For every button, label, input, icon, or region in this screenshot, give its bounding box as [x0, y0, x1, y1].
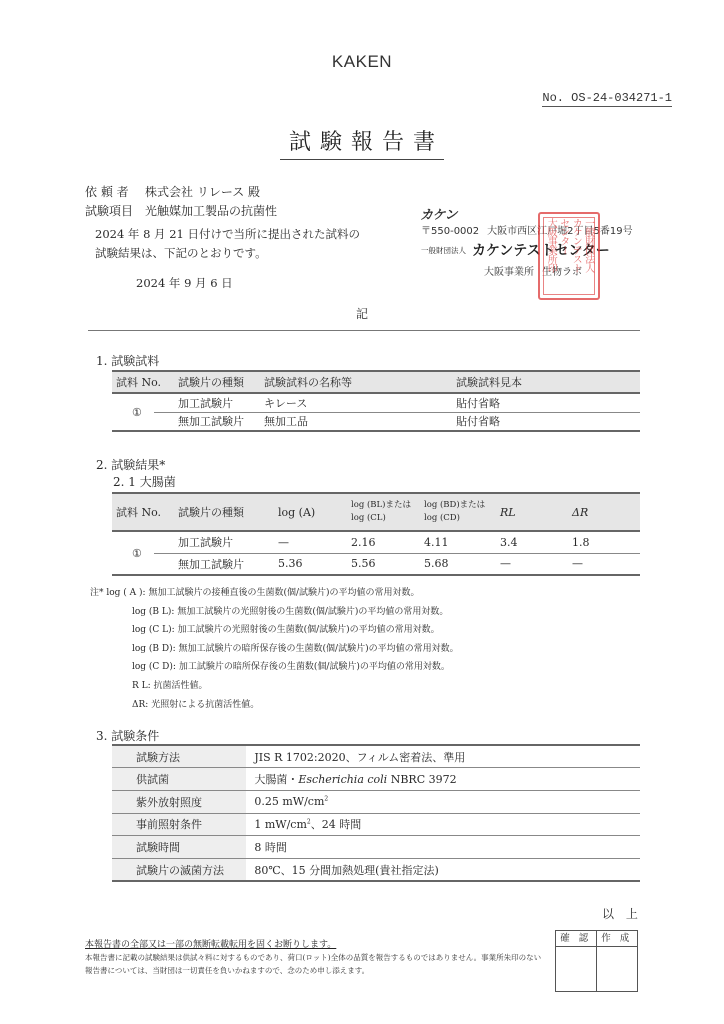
col-header: 試験片の種類 [174, 493, 274, 531]
confirm-stamp-area [556, 947, 597, 991]
cell-delta-r: — [568, 553, 640, 575]
section-1-heading: 1. 試験試料 [96, 352, 159, 369]
sample-table: 試料 No. 試験片の種類 試験試料の名称等 試験試料見本 ① 加工試験片 キレ… [112, 370, 640, 432]
table-row: 試験時間 8 時間 [112, 836, 640, 859]
document-title-wrap: 試験報告書 [0, 125, 724, 160]
ki-label: 記 [0, 305, 724, 322]
create-header: 作 成 [597, 931, 638, 947]
table-row: 紫外放射照度 0.25 mW/cm2 [112, 790, 640, 813]
document-number: No. OS-24-034271-1 [542, 91, 672, 107]
note: 注* log ( A ): 無加工試験片の接種直後の生菌数(個/試験片)の平均値… [90, 584, 459, 603]
seal-text: 大阪事業所印 [545, 218, 555, 294]
cell-log-l: 2.16 [347, 531, 420, 553]
intro-text: 2024 年 8 月 21 日付けで当所に提出された試料の 試験結果は、下記のと… [95, 225, 360, 263]
note: log (C L): 加工試験片の光照射後の生菌数(個/試験片)の平均値の常用対… [90, 621, 459, 640]
col-header-log-a: log (A) [274, 493, 347, 531]
confirm-header: 確 認 [556, 931, 597, 947]
condition-value: 0.25 mW/cm2 [246, 790, 640, 813]
note: ΔR: 光照射による抗菌活性値。 [90, 696, 459, 715]
note: log (B L): 無加工試験片の光照射後の生菌数(個/試験片)の平均値の常用… [90, 603, 459, 622]
office-name: 大阪事業所 [484, 267, 534, 278]
client-info: 依 頼 者株式会社 リレース 殿 試験項目光触媒加工製品の抗菌性 [85, 183, 277, 221]
cell-name: キレース [260, 393, 452, 412]
condition-label: 試験方法 [112, 745, 246, 768]
section-2-1-heading: 2. 1 大腸菌 [113, 473, 176, 490]
cell-name: 無加工品 [260, 412, 452, 431]
note: R L: 抗菌活性値。 [90, 677, 459, 696]
col-header: 試験片の種類 [174, 371, 260, 393]
intro-line-2: 試験結果は、下記のとおりです。 [95, 244, 360, 263]
cell-type: 加工試験片 [174, 393, 260, 412]
condition-value: JIS R 1702:2020、フィルム密着法、準用 [246, 745, 640, 768]
requester-value: 株式会社 リレース 殿 [145, 185, 260, 199]
sample-no: ① [112, 531, 174, 575]
cell-log-d: 4.11 [420, 531, 496, 553]
issue-date: 2024 年 9 月 6 日 [136, 275, 233, 291]
seal-text: センター [558, 218, 568, 294]
cell-log-a: 5.36 [274, 553, 347, 575]
col-header: 試料 No. [112, 493, 174, 531]
condition-label: 事前照射条件 [112, 813, 246, 836]
seal-text: カケンテスト [570, 218, 580, 294]
table-row: 供試菌 大腸菌・Escherichia coli NBRC 3972 [112, 768, 640, 791]
col-header-rl: RL [496, 493, 568, 531]
condition-value: 大腸菌・Escherichia coli NBRC 3972 [246, 768, 640, 791]
document-title: 試験報告書 [280, 125, 444, 160]
table-row: 無加工試験片 5.36 5.56 5.68 — — [112, 553, 640, 575]
create-stamp-area [597, 947, 638, 991]
note: log (C D): 加工試験片の暗所保存後の生菌数(個/試験片)の平均値の常用… [90, 658, 459, 677]
cell-log-d: 5.68 [420, 553, 496, 575]
table-row: 事前照射条件 1 mW/cm2、24 時間 [112, 813, 640, 836]
table-row: ① 加工試験片 キレース 貼付省略 [112, 393, 640, 412]
cell-delta-r: 1.8 [568, 531, 640, 553]
disclaimer: 本報告書に記載の試験結果は供試々料に対するものであり、荷口(ロット)全体の品質を… [85, 951, 545, 977]
org-prefix: 一般財団法人 [421, 246, 466, 255]
issuer-address: 〒550-0002大阪市西区江戸堀2丁目5番19号 [421, 222, 633, 237]
col-header-delta-r: ΔR [568, 493, 640, 531]
cell-type: 無加工試験片 [174, 412, 260, 431]
condition-label: 試験片の滅菌方法 [112, 858, 246, 881]
copyright-warning: 本報告書の全部又は一部の無断転載転用を固くお断りします。 [85, 937, 336, 950]
table-row: 無加工試験片 無加工品 貼付省略 [112, 412, 640, 431]
cell-log-a: — [274, 531, 347, 553]
cell-type: 無加工試験片 [174, 553, 274, 575]
results-table: 試料 No. 試験片の種類 log (A) log (BL)またはlog (CL… [112, 492, 640, 576]
col-header-log-bd: log (BD)またはlog (CD) [420, 493, 496, 531]
table-row: 試験片の滅菌方法 80℃、15 分間加熱処理(貴社指定法) [112, 858, 640, 881]
table-row: ① 加工試験片 — 2.16 4.11 3.4 1.8 [112, 531, 640, 553]
approval-stamp-box: 確 認 作 成 [555, 930, 638, 992]
kaken-brand-logo: カケン [420, 204, 457, 223]
red-seal-stamp: 一般財団法人 カケンテスト センター 大阪事業所印 [538, 212, 600, 300]
condition-value: 8 時間 [246, 836, 640, 859]
notes-list: 注* log ( A ): 無加工試験片の接種直後の生菌数(個/試験片)の平均値… [90, 584, 459, 714]
requester-label: 依 頼 者 [85, 183, 145, 202]
cell-log-l: 5.56 [347, 553, 420, 575]
col-header: 試験試料の名称等 [260, 371, 452, 393]
condition-value: 1 mW/cm2、24 時間 [246, 813, 640, 836]
conditions-table: 試験方法 JIS R 1702:2020、フィルム密着法、準用 供試菌 大腸菌・… [112, 744, 640, 882]
test-item-label: 試験項目 [85, 202, 145, 221]
cell-rl: — [496, 553, 568, 575]
col-header: 試験試料見本 [452, 371, 640, 393]
cell-rl: 3.4 [496, 531, 568, 553]
intro-line-1: 2024 年 8 月 21 日付けで当所に提出された試料の [95, 225, 360, 244]
cell-specimen: 貼付省略 [452, 412, 640, 431]
condition-label: 紫外放射照度 [112, 790, 246, 813]
section-2-heading: 2. 試験結果* [96, 456, 165, 473]
cell-specimen: 貼付省略 [452, 393, 640, 412]
section-3-heading: 3. 試験条件 [96, 727, 159, 744]
divider [88, 330, 640, 331]
postal-code: 〒550-0002 [421, 226, 479, 237]
sample-no: ① [112, 393, 174, 431]
table-row: 試験方法 JIS R 1702:2020、フィルム密着法、準用 [112, 745, 640, 768]
cell-type: 加工試験片 [174, 531, 274, 553]
col-header: 試料 No. [112, 371, 174, 393]
kaken-logo: KAKEN [0, 52, 724, 72]
note: log (B D): 無加工試験片の暗所保存後の生菌数(個/試験片)の平均値の常… [90, 640, 459, 659]
seal-text: 一般財団法人 [583, 218, 593, 294]
col-header-log-bl: log (BL)またはlog (CL) [347, 493, 420, 531]
condition-label: 試験時間 [112, 836, 246, 859]
condition-label: 供試菌 [112, 768, 246, 791]
end-mark: 以 上 [602, 905, 642, 922]
test-item-value: 光触媒加工製品の抗菌性 [145, 204, 277, 218]
condition-value: 80℃、15 分間加熱処理(貴社指定法) [246, 858, 640, 881]
